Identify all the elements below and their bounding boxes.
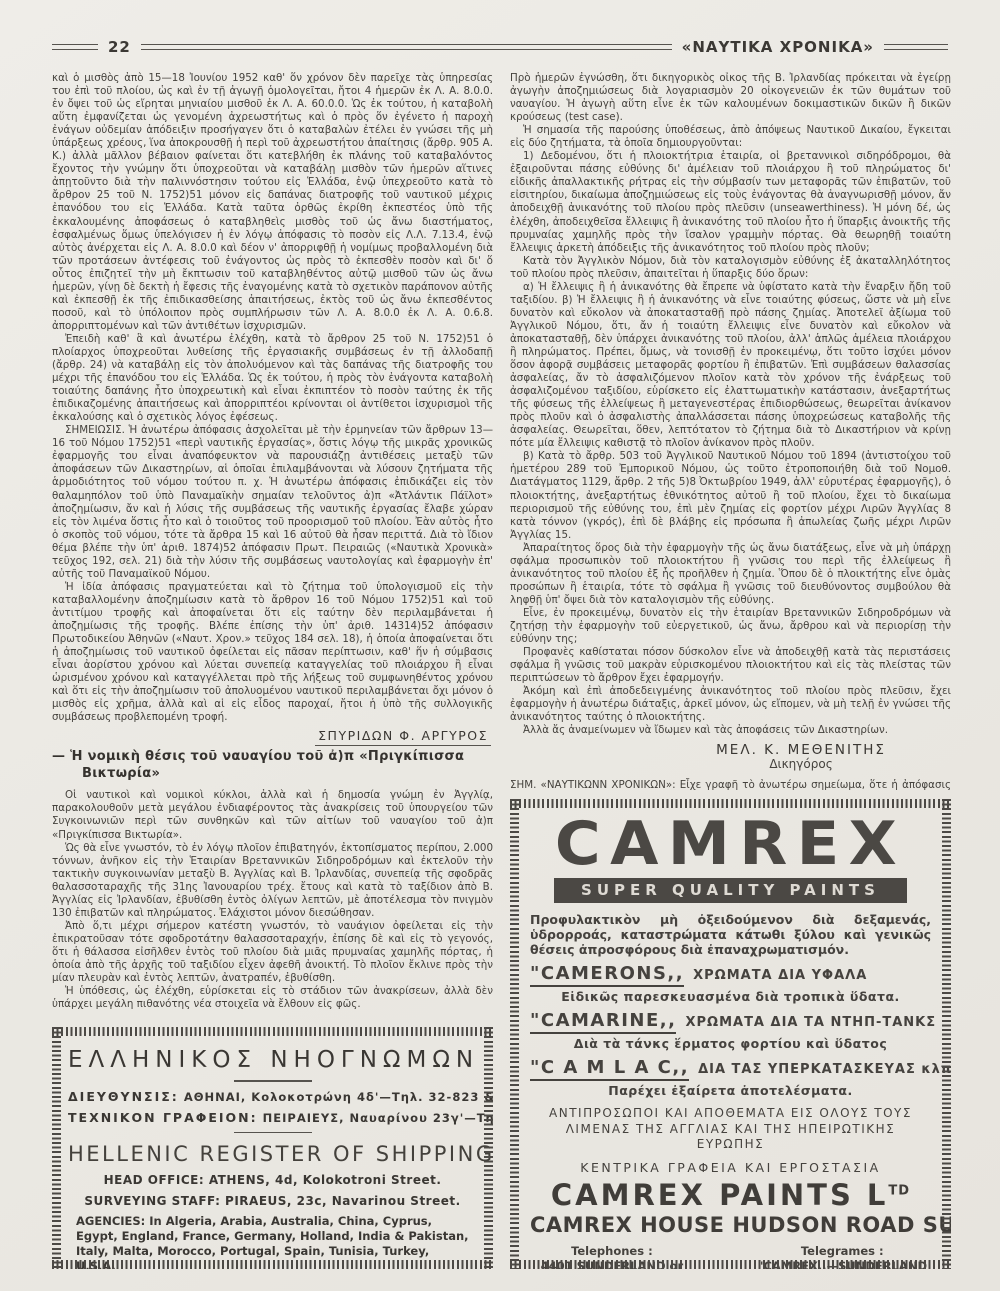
paragraph: Ἡ σημασία τῆς παρούσης ὑποθέσεως, ἀπὸ ἀπ…	[510, 124, 951, 150]
paragraph: ΣΗΜΕΙΩΣΙΣ. Ἡ ἀνωτέρω ἀπόφασις ἀσχολεῖται…	[52, 424, 493, 581]
header-rule-middle	[141, 44, 672, 50]
paragraph: Ἀκόμη καὶ ἐπὶ ἀποδεδειγμένης ἀνικανότητο…	[510, 685, 951, 724]
camrex-intro-text: Προφυλακτικὸν μὴ ὀξειδούμενον διὰ δεξαμε…	[530, 912, 931, 957]
ad-border	[510, 799, 951, 808]
paragraph: Κατὰ τὸν Ἀγγλικὸν Νόμον, διὰ τὸν καταλογ…	[510, 255, 951, 281]
camrex-product-note: Παρέχει ἐξαίρετα ἀποτελέσματα.	[530, 1083, 931, 1098]
right-column-text: Πρὸ ἡμερῶν ἐγνώσθη, ὅτι δικηγορικὸς οἶκο…	[510, 72, 951, 791]
paragraph: Ἐπειδὴ καθ' ἃ καὶ ἀνωτέρω ἐλέχθη, κατὰ τ…	[52, 333, 493, 424]
camrex-logo: CAMREX	[522, 815, 939, 873]
ad-border	[52, 1027, 493, 1036]
hellenic-register-title-english: HELLENIC REGISTER OF SHIPPING	[68, 1142, 477, 1166]
camrex-company-address: CAMREX HOUSE HUDSON ROAD SUNDERLAND	[530, 1213, 931, 1237]
camrex-brand-camlac: "C A M L A C,,	[530, 1057, 689, 1081]
paragraph: Ἀπὸ ὅ,τι μέχρι σήμερον κατέστη γνωστόν, …	[52, 920, 493, 985]
paragraph: Ἀλλὰ ἄς ἀναμείνωμεν νὰ ἴδωμεν καὶ τὰς ἀπ…	[510, 724, 951, 737]
camrex-tagline-banner: SUPER QUALITY PAINTS	[554, 878, 907, 903]
ad-border	[484, 1027, 493, 1269]
hellenic-register-address: ΔΙΕΥΘΥΝΣΙΣ: ΑΘΗΝΑΙ, Κολοκοτρώνη 4δ'—Τηλ.…	[68, 1089, 477, 1104]
article-heading: — Ἡ νομικὴ θέσις τοῦ ναυαγίου τοῦ ἀ)π «Π…	[52, 749, 493, 782]
author-role: Δικηγόρος	[510, 758, 951, 771]
magazine-title: «ΝΑΥΤΙΚΑ ΧΡΟΝΙΚΑ»	[682, 38, 874, 56]
paragraph: 1) Δεδομένου, ὅτι ἡ πλοιοκτήτρια ἑταιρία…	[510, 150, 951, 254]
camrex-agents-line: ΑΝΤΙΠΡΟΣΩΠΟΙ ΚΑΙ ΑΠΟΘΕΜΑΤΑ ΕΙΣ ΟΛΟΥΣ ΤΟΥ…	[530, 1106, 931, 1153]
ad-border	[52, 1260, 493, 1269]
paragraph: Πρὸ ἡμερῶν ἐγνώσθη, ὅτι δικηγορικὸς οἶκο…	[510, 72, 951, 124]
camrex-product-camarine: "CAMARINE,, ΧΡΩΜΑΤΑ ΔΙΑ ΤΑ ΝΤΗΠ-ΤΑΝΚΣ	[530, 1010, 931, 1034]
ad-border	[942, 799, 951, 1269]
page-number: 22	[108, 38, 131, 56]
editors-note: ΣΗΜ. «ΝΑΥΤΙΚΩΝΝ ΧΡΟΝΙΚΩΝ»: Εἶχε γραφῆ τὸ…	[510, 779, 951, 791]
paragraph: Ἡ ἰδία ἀπόφασις πραγματεύεται καὶ τὸ ζήτ…	[52, 581, 493, 725]
divider	[234, 1080, 312, 1082]
author-signature: ΜΕΛ. Κ. ΜΕΘΕΝΙΤΗΣ	[510, 744, 951, 757]
right-column: Πρὸ ἡμερῶν ἐγνώσθη, ὅτι δικηγορικὸς οἶκο…	[510, 72, 951, 1269]
paragraph: Εἶνε, ἐν προκειμένῳ, δυνατὸν εἰς τὴν ἑτα…	[510, 607, 951, 646]
paragraph: α) Ἡ ἔλλειψις ἢ ἡ ἀνικανότης θὰ ἔπρεπε ν…	[510, 281, 951, 451]
hellenic-register-technical-office: ΤΕΧΝΙΚΟΝ ΓΡΑΦΕΙΟΝ: ΠΕΙΡΑΙΕΥΣ, Ναυαρίνου …	[68, 1110, 477, 1125]
camrex-company-name: CAMREX PAINTS LTD	[530, 1178, 931, 1212]
ad-border	[510, 799, 519, 1269]
left-column-text: καὶ ὁ μισθὸς ἀπὸ 15—18 Ἰουνίου 1952 καθ'…	[52, 72, 493, 1021]
camrex-product-camerons: "CAMERONS,, ΧΡΩΜΑΤΑ ΔΙΑ ΥΦΑΛΑ	[530, 963, 931, 987]
hellenic-register-title-greek: ΕΛΛΗΝΙΚΟΣ ΝΗΟΓΝΩΜΩΝ	[68, 1047, 477, 1073]
paragraph: Ἀπαραίτητος ὅρος διὰ τὴν ἐφαρμογὴν τῆς ὡ…	[510, 542, 951, 607]
ad-border	[510, 1260, 951, 1269]
paragraph: Ἡ ὑπόθεσις, ὡς ἐλέχθη, εὑρίσκεται εἰς τὸ…	[52, 985, 493, 1011]
page-header: 22 «ΝΑΥΤΙΚΑ ΧΡΟΝΙΚΑ»	[52, 36, 948, 58]
paragraph: καὶ ὁ μισθὸς ἀπὸ 15—18 Ἰουνίου 1952 καθ'…	[52, 72, 493, 333]
header-rule-left	[52, 44, 98, 50]
camrex-brand-camarine: "CAMARINE,,	[530, 1010, 676, 1034]
magazine-page: 22 «ΝΑΥΤΙΚΑ ΧΡΟΝΙΚΑ» καὶ ὁ μισθὸς ἀπὸ 15…	[0, 0, 1000, 1291]
hellenic-register-ad: ΕΛΛΗΝΙΚΟΣ ΝΗΟΓΝΩΜΩΝ ΔΙΕΥΘΥΝΣΙΣ: ΑΘΗΝΑΙ, …	[52, 1027, 493, 1269]
author-signature: ΣΠΥΡΙΔΩΝ Φ. ΑΡΓΥΡΟΣ	[52, 729, 491, 742]
paragraph: Προφανὲς καθίσταται πόσον δύσκολον εἶνε …	[510, 646, 951, 685]
camrex-brand-camerons: "CAMERONS,,	[530, 963, 684, 987]
camrex-product-camlac: "C A M L A C,, ΔΙΑ ΤΑΣ ΥΠΕΡΚΑΤΑΣΚΕΥΑΣ κλ…	[530, 1057, 931, 1081]
left-column: καὶ ὁ μισθὸς ἀπὸ 15—18 Ἰουνίου 1952 καθ'…	[52, 72, 493, 1269]
camrex-ad: CAMREX SUPER QUALITY PAINTS Προφυλακτικὸ…	[510, 799, 951, 1269]
hellenic-register-head-office: HEAD OFFICE: ATHENS, 4d, Kolokotroni Str…	[68, 1173, 477, 1187]
paragraph: Οἱ ναυτικοὶ καὶ νομικοὶ κύκλοι, ἀλλὰ καὶ…	[52, 789, 493, 841]
camrex-product-note: Διὰ τὰ τάνκς ἕρματος φορτίου καὶ ὕδατος	[530, 1036, 931, 1051]
paragraph: β) Κατὰ τὸ ἄρθρ. 503 τοῦ Ἀγγλικοῦ Ναυτικ…	[510, 450, 951, 541]
paragraph: Ὡς θὰ εἶνε γνωστόν, τὸ ἐν λόγῳ πλοῖον ἐπ…	[52, 842, 493, 920]
two-column-layout: καὶ ὁ μισθὸς ἀπὸ 15—18 Ἰουνίου 1952 καθ'…	[52, 72, 948, 1269]
hellenic-register-surveying-staff: SURVEYING STAFF: PIRAEUS, 23c, Navarinou…	[68, 1194, 477, 1208]
camrex-product-note: Εἰδικῶς παρεσκευασμένα διὰ τροπικὰ ὕδατα…	[530, 989, 931, 1004]
camrex-hq-line: ΚΕΝΤΡΙΚΑ ΓΡΑΦΕΙΑ ΚΑΙ ΕΡΓΟΣΤΑΣΙΑ	[530, 1160, 931, 1175]
header-rule-right	[884, 44, 948, 50]
ad-border	[52, 1027, 61, 1269]
divider	[234, 1132, 312, 1134]
